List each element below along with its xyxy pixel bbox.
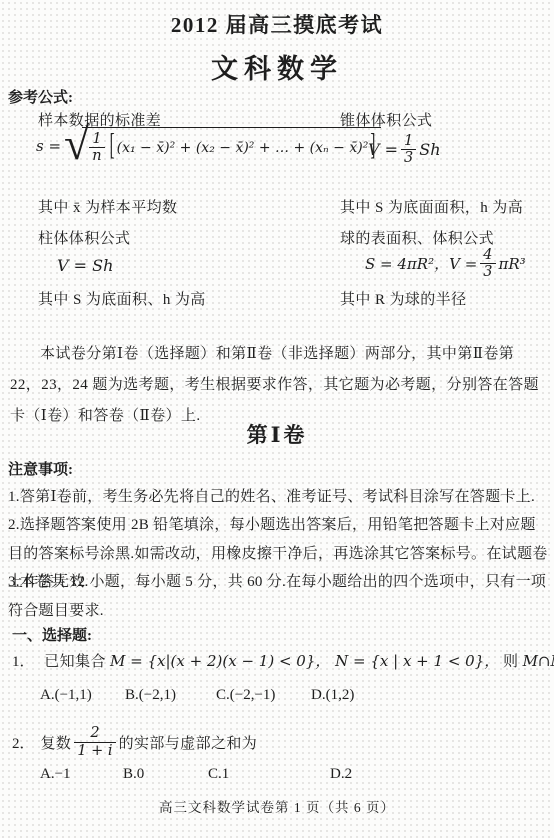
section-1-heading: 第Ⅰ卷 [0, 419, 554, 449]
q2-option-a: A.−1 [40, 766, 71, 783]
cylinder-note: 其中 S 为底面积、h 为高 [38, 288, 206, 309]
cylinder-label: 柱体体积公式 [38, 227, 130, 248]
q2-option-b: B.0 [123, 766, 144, 783]
sphere-rhs: πR³ [499, 255, 526, 273]
sphere-lhs: S = 4πR²，V = [365, 253, 477, 274]
stddev-formula: s = √ 1 n [ (x₁ − x̄)² + (x₂ − x̄)² + … … [36, 127, 381, 165]
cone-formula: V = 1 3 Sh [368, 133, 441, 166]
mean-note: 其中 x̄ 为样本平均数 [38, 196, 177, 217]
question-2-stem: 2． 复数 2 1 + i 的实部与虚部之和为 [12, 719, 257, 765]
radicand: 1 n [ (x₁ − x̄)² + (x₂ − x̄)² + … + (xₙ … [82, 127, 381, 164]
q2-option-d: D.2 [330, 766, 352, 783]
q2-option-c: C.1 [208, 766, 229, 783]
fraction-1-over-3: 1 3 [401, 133, 416, 166]
question-1-options: A.(−1,1) B.(−2,1) C.(−2,−1) D.(1,2) [0, 687, 554, 709]
q2-text-pre: 复数 [41, 732, 72, 753]
q2-text-suffix: 的实部与虚部之和为 [119, 732, 258, 753]
question-2-number: 2． [12, 732, 35, 753]
stddev-terms: (x₁ − x̄)² + (x₂ − x̄)² + … + (xₙ − x̄)² [117, 140, 369, 156]
radical-sign: √ [64, 125, 89, 163]
sphere-formula: S = 4πR²，V = 4 3 πR³ [365, 247, 526, 280]
question-2-options: A.−1 B.0 C.1 D.2 [0, 766, 554, 788]
left-bracket: [ [110, 130, 115, 165]
fraction-2-over-1-plus-i: 2 1 + i [74, 725, 115, 758]
exam-paper-page: 2012 届高三摸底考试 文科数学 参考公式: 样本数据的标准差 s = √ 1… [0, 0, 554, 838]
cone-rhs: Sh [419, 140, 440, 159]
q1-option-d: D.(1,2) [311, 687, 354, 704]
fraction-1-over-n: 1 n [89, 131, 104, 164]
q1-intersection-expression: M∩N = [523, 652, 554, 670]
note-item-3: 3.本卷共 12 小题，每小题 5 分，共 60 分.在每小题给出的四个选项中，… [8, 568, 548, 625]
q1-option-b: B.(−2,1) [125, 687, 176, 704]
reference-formulas-heading: 参考公式: [8, 86, 73, 107]
cone-note: 其中 S 为底面面积，h 为高 [340, 196, 523, 217]
cone-label: 锥体体积公式 [340, 109, 432, 130]
question-1-stem: 1． 已知集合 M = {x|(x + 2)(x − 1) < 0}， N = … [12, 650, 554, 671]
exam-title: 2012 届高三摸底考试 [0, 9, 554, 39]
q1-option-c: C.(−2,−1) [216, 687, 275, 704]
question-1-number: 1． [12, 654, 35, 670]
notes-heading: 注意事项: [8, 458, 73, 479]
fraction-4-over-3: 4 3 [480, 247, 495, 280]
q1-sets-expression: M = {x|(x + 2)(x − 1) < 0}， N = {x | x +… [110, 652, 499, 670]
cone-lhs: V = [368, 140, 398, 159]
q1-text-pre: 已知集合 [44, 654, 110, 670]
q1-option-a: A.(−1,1) [40, 687, 92, 704]
note-item-1: 1.答第Ⅰ卷前，考生务必先将自己的姓名、准考证号、考试科目涂写在答题卡上. [8, 483, 546, 512]
stddev-lhs: s = [36, 137, 61, 155]
sphere-label: 球的表面积、体积公式 [340, 227, 494, 248]
cylinder-formula: V = Sh [57, 256, 113, 275]
q1-text-mid: 则 [503, 654, 523, 670]
page-footer: 高三文科数学试卷第 1 页（共 6 页） [0, 796, 554, 816]
exam-subject: 文科数学 [0, 47, 554, 86]
sqrt-group: √ 1 n [ (x₁ − x̄)² + (x₂ − x̄)² + … + (x… [64, 127, 381, 165]
choice-section-heading: 一、选择题: [12, 624, 92, 645]
sphere-note: 其中 R 为球的半径 [340, 288, 467, 309]
